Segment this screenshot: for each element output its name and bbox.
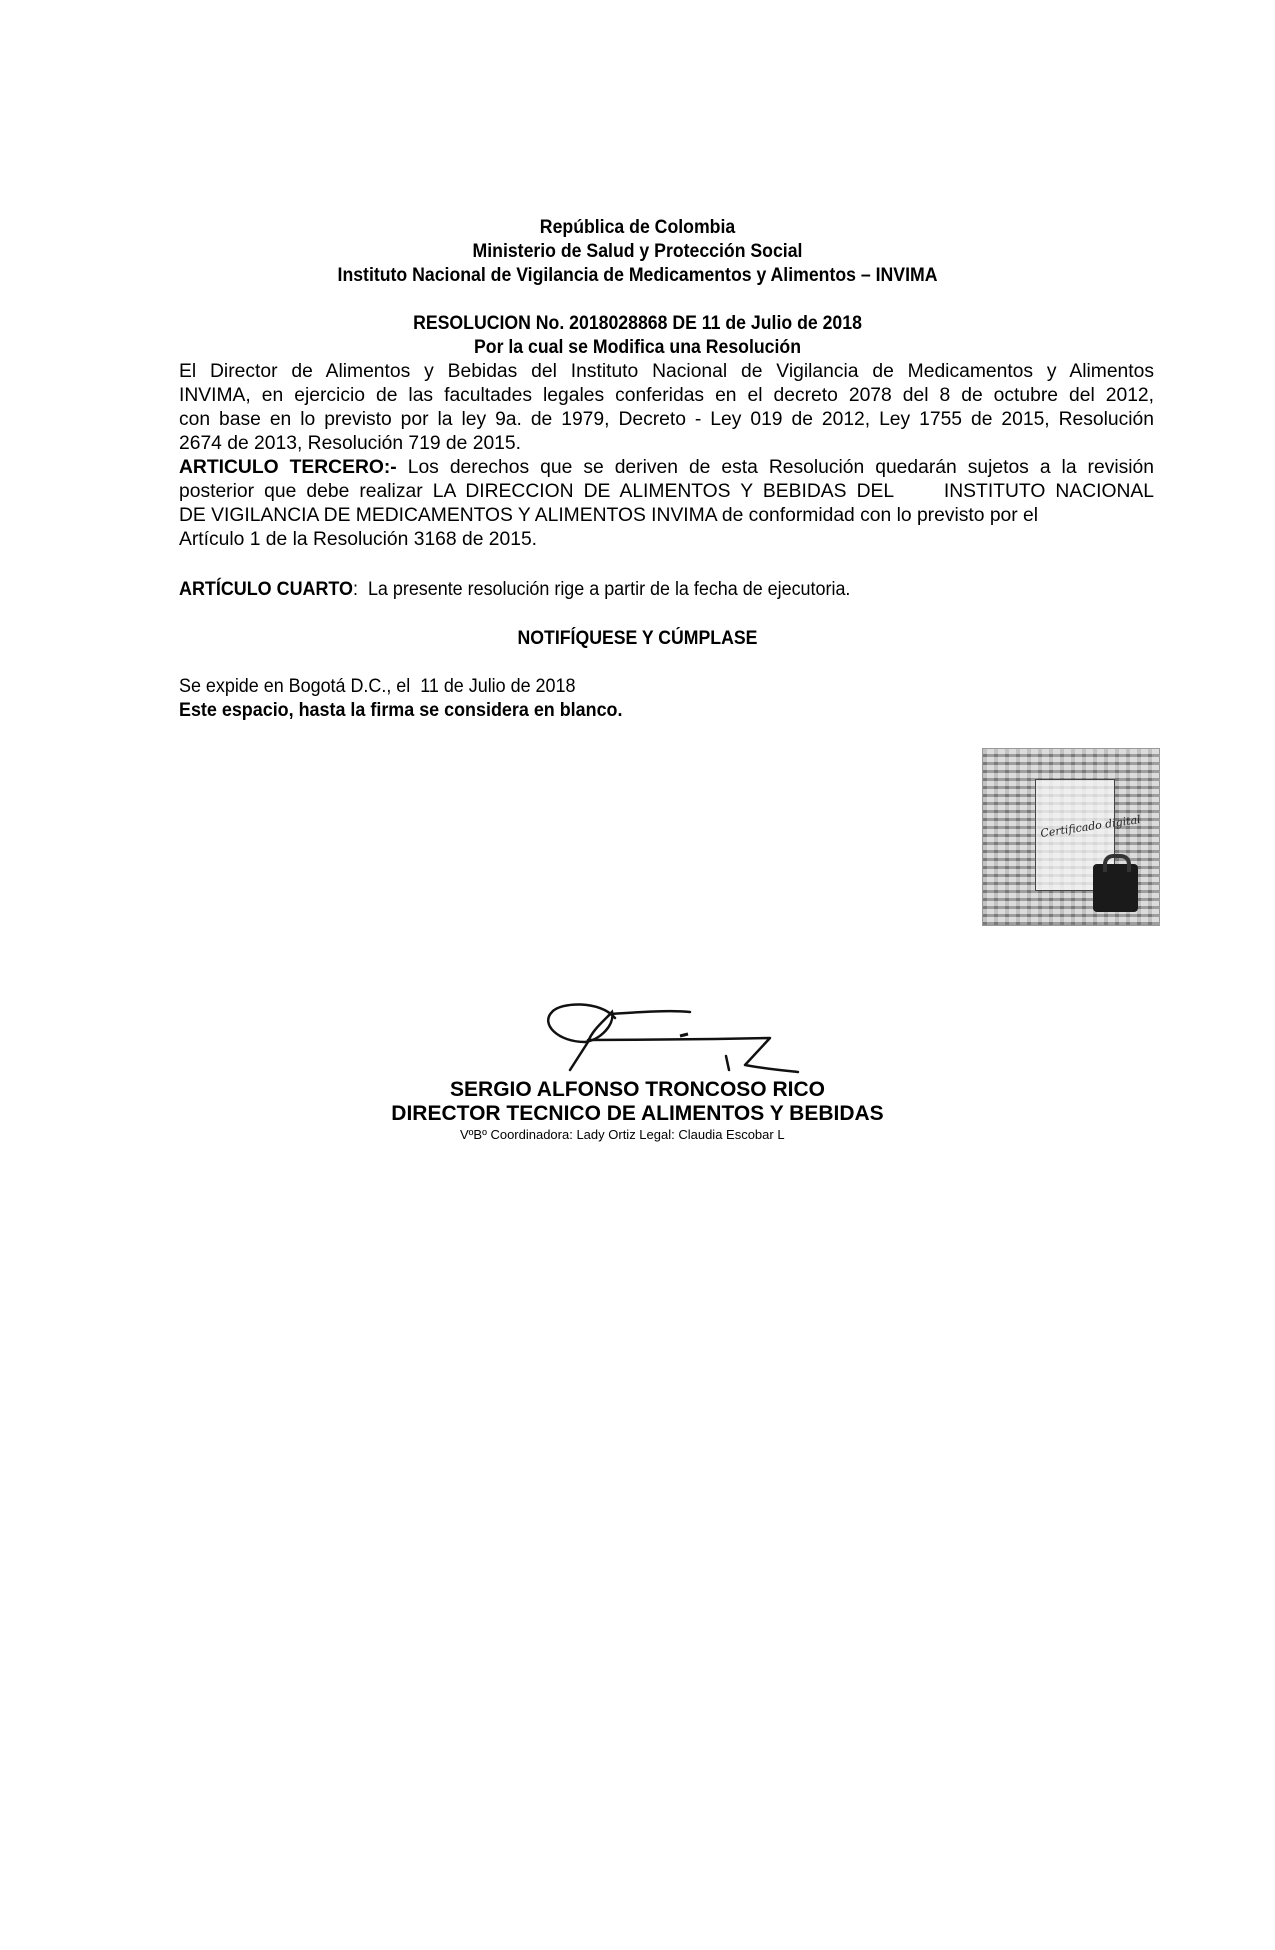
articulo-cuarto: ARTÍCULO CUARTO: La presente resolución … [179, 578, 850, 602]
seal-text: Certificado digital [1040, 813, 1142, 840]
country-heading: República de Colombia [45, 216, 1231, 240]
resolution-subtitle: Por la cual se Modifica una Resolución [45, 336, 1231, 360]
ministry-heading: Ministerio de Salud y Protección Social [45, 240, 1231, 264]
articulo-cuarto-text: : La presente resolución rige a partir d… [353, 579, 850, 600]
articulo-tercero-line: posterior que debe realizar LA DIRECCION… [179, 480, 1154, 504]
preamble-line: INVIMA, en ejercicio de las facultades l… [179, 384, 1154, 408]
lock-icon [1093, 864, 1138, 912]
preamble-line: 2674 de 2013, Resolución 719 de 2015. [179, 432, 521, 456]
preamble-line: con base en lo previsto por la ley 9a. d… [179, 408, 1154, 432]
articulo-tercero-label: ARTICULO TERCERO:- [179, 457, 397, 478]
signatory-name: SERGIO ALFONSO TRONCOSO RICO [0, 1078, 1275, 1102]
resolution-document: República de Colombia Ministerio de Salu… [0, 0, 1275, 1950]
resolution-title: RESOLUCION No. 2018028868 DE 11 de Julio… [45, 312, 1231, 336]
handwritten-signature [530, 990, 800, 1080]
articulo-tercero-text: Los derechos que se deriven de esta Reso… [397, 457, 1154, 478]
blank-space-notice: Este espacio, hasta la firma se consider… [179, 699, 622, 723]
articulo-cuarto-label: ARTÍCULO CUARTO [179, 579, 353, 600]
issued-line: Se expide en Bogotá D.C., el 11 de Julio… [179, 675, 575, 699]
articulo-tercero-line: ARTICULO TERCERO:- Los derechos que se d… [179, 456, 1154, 480]
notify-heading: NOTIFÍQUESE Y CÚMPLASE [45, 627, 1231, 651]
institute-heading: Instituto Nacional de Vigilancia de Medi… [45, 264, 1231, 288]
digital-signature-seal-icon: Certificado digital [982, 748, 1160, 926]
preamble-line: El Director de Alimentos y Bebidas del I… [179, 360, 1154, 384]
articulo-tercero-line: Artículo 1 de la Resolución 3168 de 2015… [179, 528, 537, 552]
signatory-title: DIRECTOR TECNICO DE ALIMENTOS Y BEBIDAS [0, 1102, 1275, 1126]
reviewers-note: VºBº Coordinadora: Lady Ortiz Legal: Cla… [460, 1126, 785, 1144]
articulo-tercero-line: DE VIGILANCIA DE MEDICAMENTOS Y ALIMENTO… [179, 504, 1038, 528]
